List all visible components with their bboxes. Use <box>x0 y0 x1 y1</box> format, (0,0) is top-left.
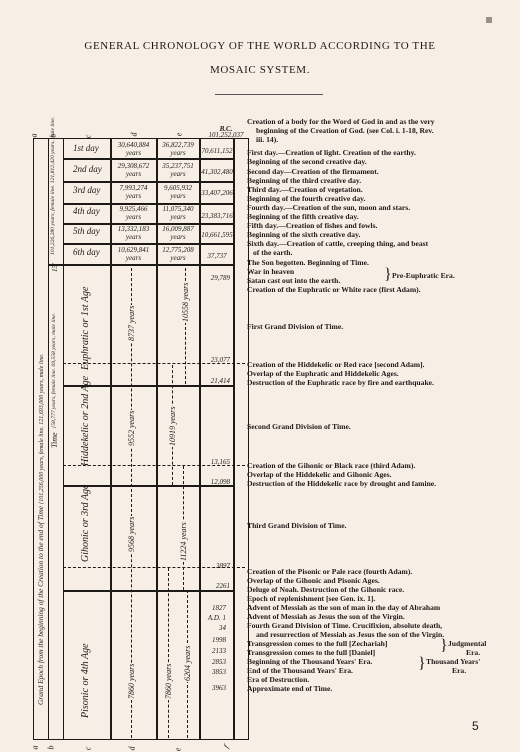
event-line: Judgmental <box>448 639 486 648</box>
col-letter-b-bottom: b <box>47 746 56 750</box>
age-span-d-4: 7860 years <box>127 663 136 700</box>
day-e-value: 12,775,208years <box>157 246 199 262</box>
col-letter-c-bottom: c <box>83 747 92 751</box>
event-line: First day.—Creation of light. Creation o… <box>247 148 416 157</box>
age-span-e-1: 10558 years <box>181 282 190 323</box>
age-span-e-3: 11224 years <box>179 521 188 562</box>
event-line: Epoch of replenishment [see Gen. ix. 1]. <box>247 594 375 603</box>
day-d-value: 13,332,183years <box>111 225 156 241</box>
age-label-hiddekelic: Hiddekelic or 2nd Age <box>80 376 91 466</box>
page-speck <box>486 17 492 23</box>
col-b-time-text: {58,777 years, female line. 69,558 years… <box>51 313 57 428</box>
event-line: Sixth day.—Creation of cattle, creeping … <box>247 239 428 248</box>
date-f: 12,098 <box>184 478 230 486</box>
event-line: Transgression comes to the full [Daniel] <box>247 648 375 657</box>
day-d-value: 29,308,672years <box>111 162 156 178</box>
event-line: Beginning of the Thousand Years' Era. <box>247 657 372 666</box>
event-line: of the earth. <box>247 248 292 257</box>
event-line: Era. <box>452 666 466 675</box>
event-line: iii. 14). <box>247 135 278 144</box>
event-line: Overlap of the Hiddekelic and Gihonic Ag… <box>247 470 392 479</box>
date-f: 1827 <box>180 604 226 612</box>
date-f: 3897 <box>184 562 230 570</box>
event-line: Transgression comes to the full [Zechari… <box>247 639 387 648</box>
col-letter-f: f <box>222 743 231 749</box>
event-line: Fifth day.—Creation of fishes and fowls. <box>247 221 377 230</box>
event-line: Creation of the Euphratic or White race … <box>247 285 421 294</box>
day-f-date: 70,611,152 <box>200 147 234 155</box>
col-letter-a-bottom: a <box>31 746 40 750</box>
event-line: Beginning of the third creative day. <box>247 176 361 185</box>
day-e-value: 35,237,751years <box>157 162 199 178</box>
event-line: Fourth Grand Division of Time. Crucifixi… <box>247 621 442 630</box>
event-line: War in heaven <box>247 267 294 276</box>
day-f-date: 37,737 <box>200 252 234 260</box>
title-rule <box>215 94 323 95</box>
day-d-value: 7,993,274years <box>111 184 156 200</box>
event-line: First Grand Division of Time. <box>247 322 343 331</box>
event-line: Beginning of the fifth creative day. <box>247 212 359 221</box>
col-letter-a: a <box>30 134 39 138</box>
day-f-date: 23,383,716 <box>200 212 234 220</box>
day-d-value: 30,640,884years <box>111 141 156 157</box>
brace-thousand-years: } <box>418 654 426 674</box>
col-a-epoch-text: Grand Epoch from the beginning of the Cr… <box>36 354 45 705</box>
col-b-upper-text: 101,226,280 years, female line. 121,812,… <box>50 117 56 255</box>
event-line: Deluge of Noah. Destruction of the Gihon… <box>247 585 404 594</box>
event-line: Creation of the Hiddekelic or Red race [… <box>247 360 425 369</box>
col-b-mark: 15' <box>51 264 59 273</box>
event-line: and resurrection of Messiah as Jesus the… <box>247 630 444 639</box>
day-f-date: 41,302,480 <box>200 168 234 176</box>
row-line-6 <box>63 264 235 266</box>
age-span-e-4a: 7860 years <box>164 663 173 700</box>
event-line: End of the Thousand Years' Era. <box>247 666 353 675</box>
event-line: Beginning of the sixth creative day. <box>247 230 360 239</box>
event-line: Thousand Years' <box>426 657 480 666</box>
event-line: Advent of Messiah as Jesus the son of th… <box>247 612 405 621</box>
date-f: A.D. 1 <box>180 614 226 622</box>
day-f-date: 10,661,595 <box>200 231 234 239</box>
date-f: 1998 <box>180 636 226 644</box>
age-label-pisonic: Pisonic or 4th Age <box>80 643 91 718</box>
event-line: Era. <box>466 648 480 657</box>
day-label: 4th day <box>73 206 100 216</box>
day-e-value: 36,822,739years <box>157 141 199 157</box>
page-title-line-1: GENERAL CHRONOLOGY OF THE WORLD ACCORDIN… <box>0 40 520 52</box>
event-line: Overlap of the Gihonic and Pisonic Ages. <box>247 576 380 585</box>
day-d-value: 10,629,841years <box>111 246 156 262</box>
col-letter-d-bottom: d <box>128 747 137 751</box>
date-f: 2853 <box>180 658 226 666</box>
row-line-5 <box>63 243 235 245</box>
age-span-e-2: 10919 years <box>168 406 177 447</box>
event-line: Destruction of the Hiddekelic race by dr… <box>247 479 436 488</box>
event-line: Fourth day.—Creation of the sun, moon an… <box>247 203 410 212</box>
day-label: 5th day <box>73 226 100 236</box>
brace-judgmental: } <box>440 636 448 656</box>
event-line: Satan cast out into the earth. <box>247 276 340 285</box>
divider-f-edge <box>233 138 235 739</box>
event-line: Overlap of the Euphratic and Hiddekelic … <box>247 369 399 378</box>
event-line: Destruction of the Euphratic race by fir… <box>247 378 434 387</box>
day-label: 2nd day <box>73 164 102 174</box>
event-line: Creation of a body for the Word of God i… <box>247 117 435 126</box>
age-span-d-2: 9552 years <box>127 410 136 447</box>
brace-pre-euphratic: } <box>384 265 392 285</box>
row-line-1 <box>63 158 235 160</box>
day-e-value: 9,605,932years <box>157 184 199 200</box>
day-label: 3rd day <box>73 185 100 195</box>
age-label-gihonic: Gihonic or 3rd Age <box>80 485 91 563</box>
event-line: Beginning of the fourth creative day. <box>247 194 365 203</box>
event-line: Era of Destruction. <box>247 675 309 684</box>
span-line-e4 <box>168 568 169 738</box>
day-f-date: 33,407,206 <box>200 189 234 197</box>
day-label: 6th day <box>73 247 100 257</box>
page-number: 5 <box>472 719 479 733</box>
col-letter-d: d <box>130 133 139 137</box>
date-f: 2261 <box>184 582 230 590</box>
row-line-2 <box>63 181 235 183</box>
date-f: 2133 <box>180 647 226 655</box>
event-line: Second Grand Division of Time. <box>247 422 351 431</box>
day-e-value: 16,009,887years <box>157 225 199 241</box>
event-line: beginning of the Creation of God. (see C… <box>247 126 434 135</box>
age-line-3 <box>63 590 235 592</box>
day-e-value: 11,075,340years <box>157 205 199 221</box>
day-label: 1st day <box>73 143 99 153</box>
event-line: Beginning of the second creative day. <box>247 157 367 166</box>
date-f: 3853 <box>180 668 226 676</box>
event-line: Advent of Messiah as the son of man in t… <box>247 603 440 612</box>
age-span-d-1: 8737 years <box>127 305 136 342</box>
event-line: Creation of the Gihonic or Black race (t… <box>247 461 415 470</box>
date-f: 21,414 <box>184 377 230 385</box>
age-label-euphratic: Euphratic or 1st Age <box>80 287 91 370</box>
event-line: Pre-Euphratic Era. <box>392 271 455 280</box>
date-f: 23,077 <box>184 356 230 364</box>
event-line: Approximate end of Time. <box>247 684 332 693</box>
day-d-value: 9,925,466years <box>111 205 156 221</box>
event-line: Second day—Creation of the firmament. <box>247 167 379 176</box>
col-letter-e: e <box>174 133 183 137</box>
page-title-line-2: MOSAIC SYSTEM. <box>0 64 520 76</box>
date-f: 34 <box>180 624 226 632</box>
event-line: The Son begotten. Beginning of Time. <box>247 258 369 267</box>
date-f: 3963 <box>180 684 226 692</box>
col-b-time-label: Time <box>50 432 59 448</box>
event-line: Third Grand Division of Time. <box>247 521 347 530</box>
date-f: 29,789 <box>184 274 230 282</box>
age-span-d-3: 9568 years <box>127 516 136 553</box>
event-line: Third day.—Creation of vegetation. <box>247 185 363 194</box>
date-f: 13,165 <box>184 458 230 466</box>
event-line: Creation of the Pisonic or Pale race (fo… <box>247 567 412 576</box>
col-letter-e-bottom: e <box>173 748 182 752</box>
